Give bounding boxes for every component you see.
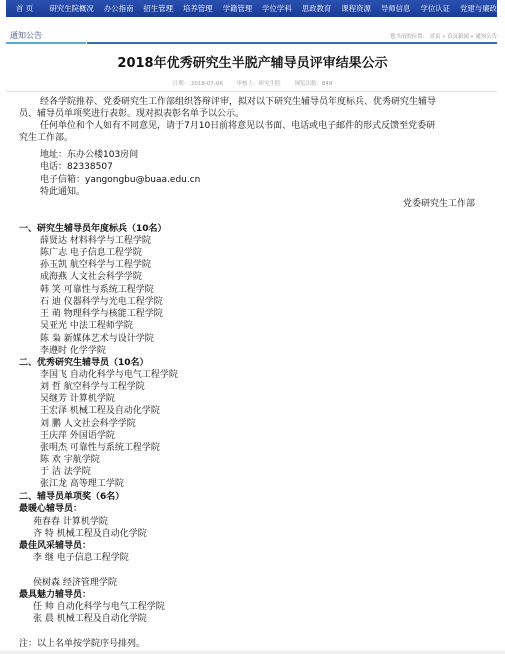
nav-about[interactable]: 研究生院概况 [39,3,93,14]
nav-degree[interactable]: 学位学科 [252,3,292,14]
list-item: 陈 欢 宇航学院 [40,454,100,466]
meta-date: 日期： 2018-07-06 [173,81,223,87]
list-item: 薛贤达 材料科学与工程学院 [40,235,151,247]
list-item: 吴继芳 计算机学院 [40,393,115,405]
meta-divider [6,91,497,92]
para1-line2: 员、辅导员单项奖进行表彰。现对拟表彰名单予以公示。 [19,108,244,120]
list-item: 吴亚光 中法工程师学院 [40,320,133,332]
nav-advisors[interactable]: 导师信息 [371,3,411,14]
nav-home[interactable]: 首 页 [6,3,39,14]
nav-party[interactable]: 党建与廉政 [450,3,497,14]
list-item: 苑春春 计算机学院 [33,516,108,528]
para2-line1: 任何单位和个人如有不同意见，请于7月10日前将意见以书面、电话或电子邮件的形式反… [40,120,435,132]
nav-courses[interactable]: 课程资源 [331,3,371,14]
list-item: 成海燕 人文社会科学学院 [40,271,142,283]
nav-admissions[interactable]: 招生管理 [133,3,173,14]
list-item: 王庆萍 外国语学院 [40,430,115,442]
top-nav: 首 页 研究生院概况 办公指南 招生管理 培养管理 学籍管理 学位学科 思政教育… [6,0,497,17]
list-item: 王宏泽 机械工程及自动化学院 [40,405,160,417]
list-item: 于 洁 法学院 [40,466,91,478]
section-header: 通知公告 您当前的位置： 首页 » 首页新闻 » 通知公告 [6,29,497,43]
list-item: 石 迪 仪器科学与光电工程学院 [40,296,163,308]
nav-training[interactable]: 培养管理 [173,3,213,14]
list-item: 齐 特 机械工程及自动化学院 [33,528,147,540]
list-item: 李国飞 自动化科学与电气工程学院 [40,369,178,381]
nav-certification[interactable]: 学位认证 [410,3,450,14]
nav-ideology[interactable]: 思政教育 [292,3,332,14]
phone: 电话：82338507 [40,161,113,173]
list-item: 李遵时 化学学院 [40,345,106,357]
section-underline-accent [6,42,86,44]
list-item: 张明杰 可靠性与系统工程学院 [40,442,160,454]
article-meta: 日期： 2018-07-06 审核人：研究生院 浏览次数：849 [0,79,505,87]
list-item: 刘 鹏 人文社会科学学院 [40,418,136,430]
list-item: 任 帅 自动化科学与电气工程学院 [33,601,165,613]
award1-title: 最暖心辅导员： [19,503,82,515]
meta-views: 浏览次数：849 [294,81,332,87]
sec3-title: 二、辅导员单项奖（6名） [19,491,124,503]
list-item: 陈广志 电子信息工程学院 [40,247,142,259]
breadcrumb[interactable]: 您当前的位置： 首页 » 首页新闻 » 通知公告 [390,32,497,40]
article-title: 2018年优秀研究生半脱产辅导员评审结果公示 [0,52,505,71]
list-item: 侯树森 经济管理学院 [33,577,117,589]
list-item: 王 萌 物理科学与核能工程学院 [40,308,163,320]
list-item: 孙玉凯 航空科学与工程学院 [40,259,151,271]
sec1-title: 一、研究生辅导员年度标兵（10名） [19,223,167,235]
signature: 党委研究生工作部 [403,198,475,210]
section-title: 通知公告 [10,30,42,41]
list-item: 韩 笑 可靠性与系统工程学院 [40,284,154,296]
list-item: 刘 哲 航空科学与工程学院 [40,381,145,393]
nav-status[interactable]: 学籍管理 [213,3,253,14]
list-item: 张 晨 机械工程及自动化学院 [33,613,147,625]
sec2-title: 二、优秀研究生辅导员（10名） [19,357,149,369]
list-item: 陈 枭 新媒体艺术与设计学院 [40,333,154,345]
address: 地址：东办公楼103房间 [40,149,138,161]
list-item: 李 继 电子信息工程学院 [33,552,129,564]
award2-title: 最佳风采辅导员： [19,540,91,552]
footnote: 注：以上名单按学院序号排列。 [19,638,145,650]
meta-reviewer: 审核人：研究生院 [237,81,281,87]
para2-line2: 究生工作部。 [19,132,73,144]
section-underline [87,42,497,44]
email: 电子信箱：yangongbu@buaa.edu.cn [40,174,200,186]
notice: 特此通知。 [40,186,85,198]
nav-office-guide[interactable]: 办公指南 [94,3,134,14]
award3-title: 最具魅力辅导员： [19,589,91,601]
list-item: 张江龙 高等理工学院 [40,478,124,490]
para1-line1: 经各学院推荐、党委研究生工作部组织答辩评审，拟对以下研究生辅导员年度标兵、优秀研… [40,96,436,108]
